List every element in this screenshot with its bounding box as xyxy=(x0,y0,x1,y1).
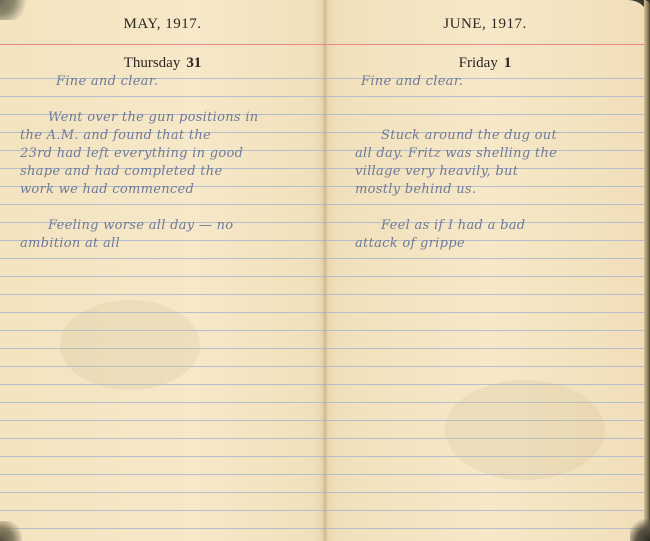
entry-line: Feel as if I had a bad xyxy=(325,217,645,235)
entry-line: shape and had completed the xyxy=(0,163,325,181)
day-number: 31 xyxy=(186,55,201,71)
weekday: Friday xyxy=(459,55,498,71)
date-heading: Thursday31 xyxy=(0,55,325,72)
paper-stain xyxy=(60,300,200,390)
entry-line: Stuck around the dug out xyxy=(325,127,645,145)
worn-corner xyxy=(0,521,22,541)
entry-line: Fine and clear. xyxy=(0,73,325,91)
diary-entry: Fine and clear. Stuck around the dug out… xyxy=(325,77,645,257)
diary-entry: Fine and clear. Went over the gun positi… xyxy=(0,77,325,257)
entry-line: the A.M. and found that the xyxy=(0,127,325,145)
day-number: 1 xyxy=(504,55,512,71)
entry-line: Went over the gun positions in xyxy=(0,109,325,127)
date-heading: Friday1 xyxy=(325,55,645,72)
right-page: JUNE, 1917. Friday1 Fine and clear. Stuc… xyxy=(325,0,645,541)
page-edge xyxy=(644,0,650,541)
weekday: Thursday xyxy=(124,55,181,71)
header-rule xyxy=(0,44,325,45)
entry-line: village very heavily, but xyxy=(325,163,645,181)
entry-line xyxy=(325,199,645,217)
month-heading: MAY, 1917. xyxy=(0,16,325,33)
entry-line: all day. Fritz was shelling the xyxy=(325,145,645,163)
diary-spread: MAY, 1917. Thursday31 Fine and clear. We… xyxy=(0,0,650,541)
entry-line: work we had commenced xyxy=(0,181,325,199)
entry-line: Feeling worse all day — no xyxy=(0,217,325,235)
left-page: MAY, 1917. Thursday31 Fine and clear. We… xyxy=(0,0,325,541)
paper-stain xyxy=(445,380,605,480)
entry-line: Fine and clear. xyxy=(325,73,645,91)
entry-line xyxy=(0,199,325,217)
worn-corner xyxy=(630,519,650,541)
entry-line: ambition at all xyxy=(0,235,325,253)
entry-line xyxy=(325,91,645,109)
entry-line: mostly behind us. xyxy=(325,181,645,199)
month-heading: JUNE, 1917. xyxy=(325,16,645,33)
entry-line: 23rd had left everything in good xyxy=(0,145,325,163)
entry-line: attack of grippe xyxy=(325,235,645,253)
entry-line xyxy=(0,91,325,109)
entry-line xyxy=(325,109,645,127)
header-rule xyxy=(325,44,645,45)
worn-corner xyxy=(0,0,30,20)
